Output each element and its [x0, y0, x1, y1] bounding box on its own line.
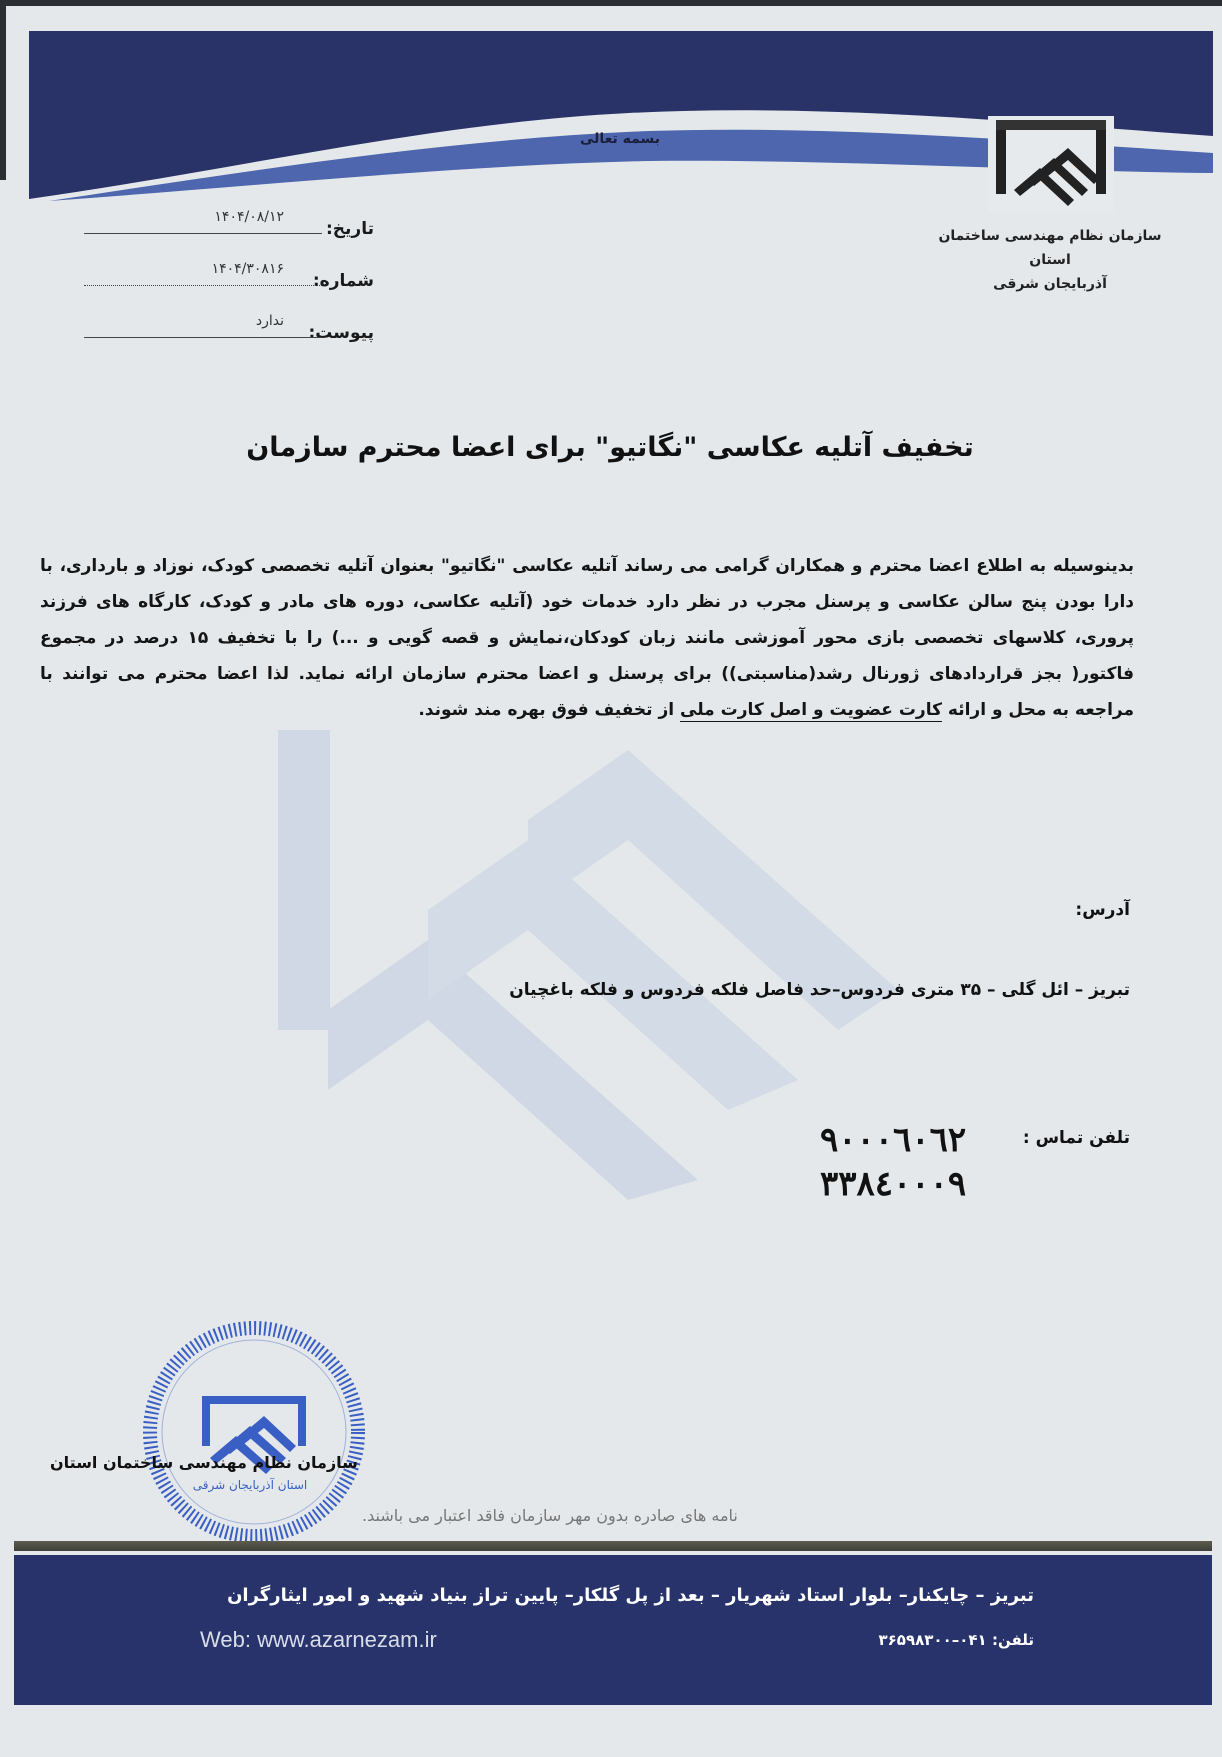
number-field: شماره: ۱۴۰۴/۳۰۸۱۶: [84, 257, 374, 309]
body-main-text: بدینوسیله به اطلاع اعضا محترم و همکاران …: [40, 556, 1134, 720]
letter-title: تخفیف آتلیه عکاسی "نگاتیو" برای اعضا محت…: [60, 432, 1160, 463]
date-line: [84, 233, 322, 234]
official-stamp-icon: [140, 1318, 368, 1546]
phone-number-1: ٩٠٠٠٦٠٦٢: [820, 1118, 966, 1162]
phone-number-2: ٣٣٨٤٠٠٠٩: [820, 1162, 966, 1206]
stamp-overlay-text: سازمان نظام مهندسی ساختمان استان: [50, 1453, 358, 1472]
date-field: تاریخ: ۱۴۰۴/۰۸/۱۲: [84, 205, 374, 257]
body-underlined-text: کارت عضویت و اصل کارت ملی: [680, 700, 942, 720]
date-value: ۱۴۰۴/۰۸/۱۲: [214, 209, 284, 225]
attachment-line: [84, 337, 322, 338]
number-line: [84, 285, 322, 286]
phone-label: تلفن تماس :: [1023, 1128, 1130, 1148]
attachment-value: ندارد: [256, 313, 284, 329]
letterhead-footer: تبریز – چایکنار– بلوار استاد شهریار – بع…: [14, 1555, 1212, 1705]
organization-logo-icon: [988, 116, 1114, 212]
stamp-sub-text: استان آذربایجان شرقی: [170, 1477, 330, 1493]
organization-name: سازمان نظام مهندسی ساختمان استان آذربایج…: [930, 224, 1170, 296]
body-end-text: از تخفیف فوق بهره مند شوند.: [418, 700, 680, 720]
footer-website: Web: www.azarnezam.ir: [200, 1627, 437, 1653]
address-value: تبریز – ائل گلی – ۳۵ متری فردوس–حد فاصل …: [509, 980, 1130, 1000]
validity-notice: نامه های صادره بدون مهر سازمان فاقد اعتب…: [362, 1506, 738, 1525]
footer-phone: تلفن: ۰۴۱–۳۶۵۹۸۳۰۰: [879, 1631, 1035, 1649]
number-label: شماره:: [313, 271, 374, 291]
scan-edge-left: [0, 0, 6, 180]
attachment-field: پیوست: ندارد: [84, 309, 374, 361]
scan-edge-top: [0, 0, 1222, 6]
address-label: آدرس:: [1075, 900, 1130, 920]
date-label: تاریخ:: [326, 219, 374, 239]
attachment-label: پیوست:: [309, 323, 375, 343]
letter-meta: تاریخ: ۱۴۰۴/۰۸/۱۲ شماره: ۱۴۰۴/۳۰۸۱۶ پیوس…: [84, 205, 374, 361]
letter-body: بدینوسیله به اطلاع اعضا محترم و همکاران …: [40, 548, 1134, 728]
footer-stripe: [14, 1541, 1212, 1551]
org-name-line2: آذربایجان شرقی: [930, 272, 1170, 296]
number-value: ۱۴۰۴/۳۰۸۱۶: [212, 261, 284, 277]
basmala-text: بسمه تعالی: [560, 131, 680, 147]
phone-numbers: ٩٠٠٠٦٠٦٢ ٣٣٨٤٠٠٠٩: [820, 1118, 966, 1206]
org-name-line1: سازمان نظام مهندسی ساختمان استان: [930, 224, 1170, 272]
footer-address: تبریز – چایکنار– بلوار استاد شهریار – بع…: [227, 1585, 1034, 1606]
